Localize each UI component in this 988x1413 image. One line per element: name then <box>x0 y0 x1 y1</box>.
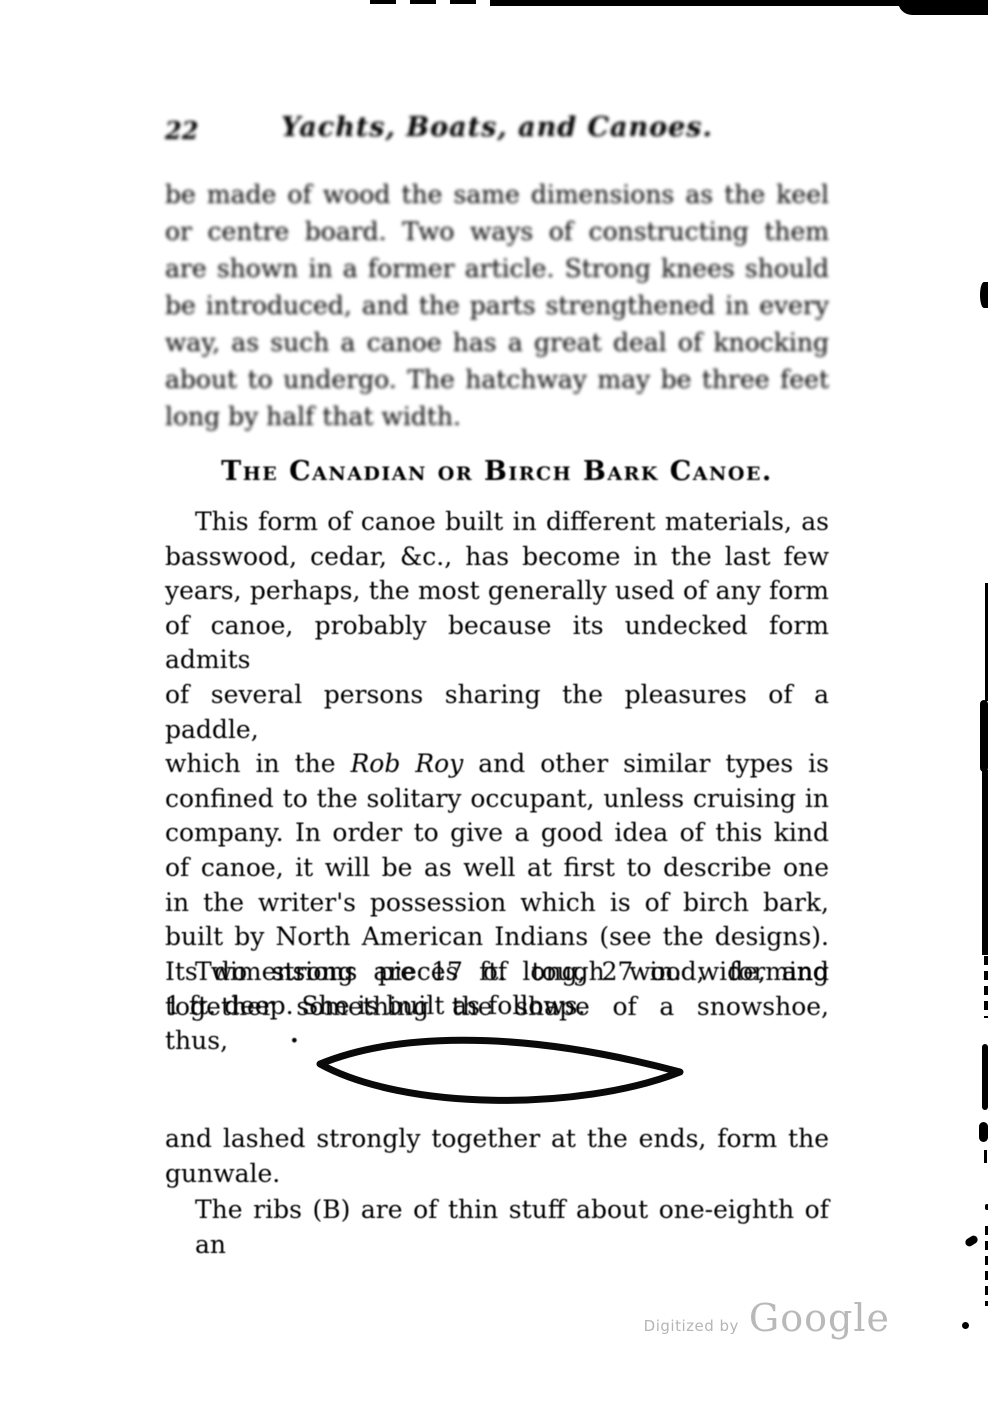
boat-name-italic: Rob Roy <box>350 749 463 778</box>
book-page-scan: 22 Yachts, Boats, and Canoes. be made of… <box>0 0 988 1413</box>
text-line: be introduced, and the parts strengthene… <box>165 287 829 324</box>
scan-artifact-dash <box>984 1150 987 1163</box>
text-line: Two strong pieces of tough wood, forming <box>165 955 829 990</box>
text-line: be made of wood the same dimensions as t… <box>165 176 829 213</box>
running-title: Yachts, Boats, and Canoes. <box>165 112 829 143</box>
text-line: confined to the solitary occupant, unles… <box>165 782 829 817</box>
text-line: long by half that width. <box>165 398 829 435</box>
text-line: in the writer's possession which is of b… <box>165 886 829 921</box>
text-line: or centre board. Two ways of constructin… <box>165 213 829 250</box>
section-heading: The Canadian or Birch Bark Canoe. <box>165 456 829 487</box>
text-line: The ribs (B) are of thin stuff about one… <box>165 1193 829 1262</box>
scan-artifact-top-dashes <box>370 0 492 4</box>
text-line: basswood, cedar, &c., has become in the … <box>165 540 829 575</box>
text-line: and lashed strongly together at the ends… <box>165 1122 829 1157</box>
text-line: way, as such a canoe has a great deal of… <box>165 324 829 361</box>
text-line-with-italic: which in the Rob Roy and other similar t… <box>165 747 829 782</box>
intro-paragraph: be made of wood the same dimensions as t… <box>165 176 829 435</box>
text-span: and other similar types is <box>463 749 829 778</box>
scan-artifact-top-strip <box>490 0 902 6</box>
text-line: company. In order to give a good idea of… <box>165 816 829 851</box>
page-header: 22 Yachts, Boats, and Canoes. <box>165 112 829 152</box>
text-span: thus, <box>165 1026 228 1055</box>
text-line: of canoe, it will be as well at first to… <box>165 851 829 886</box>
scan-artifact-dot <box>962 1322 969 1329</box>
scan-artifact-top-corner <box>898 0 988 15</box>
digitized-watermark: Digitized by Google <box>640 1296 890 1352</box>
digitized-by-label: Digitized by <box>644 1317 739 1335</box>
ribs-paragraph: The ribs (B) are of thin stuff about one… <box>165 1193 829 1262</box>
reference-dot: · <box>290 1024 299 1059</box>
text-line: This form of canoe built in different ma… <box>165 505 829 540</box>
scan-artifact-curve <box>980 282 988 308</box>
scan-artifact-dashes <box>984 956 988 1018</box>
canoe-gunwale-illustration <box>308 1028 692 1116</box>
text-line: gunwale. <box>165 1157 829 1192</box>
text-line: of several persons sharing the pleasures… <box>165 678 829 747</box>
text-line: about to undergo. The hatchway may be th… <box>165 361 829 398</box>
text-line: together something the shape of a snowsh… <box>165 990 829 1025</box>
text-line: are shown in a former article. Strong kn… <box>165 250 829 287</box>
main-paragraph: This form of canoe built in different ma… <box>165 505 829 1024</box>
text-line: built by North American Indians (see the… <box>165 920 829 955</box>
scan-artifact-mark <box>982 1044 988 1110</box>
text-span: which in the <box>165 749 350 778</box>
scan-artifact-line <box>982 770 988 955</box>
text-line: of canoe, probably because its undecked … <box>165 609 829 678</box>
scan-artifact-blob <box>964 1234 979 1248</box>
gunwale-paragraph: and lashed strongly together at the ends… <box>165 1122 829 1191</box>
scan-artifact-blob <box>980 700 988 772</box>
text-line: years, perhaps, the most generally used … <box>165 574 829 609</box>
google-logo: Google <box>749 1296 890 1340</box>
scan-artifact-blob <box>979 1122 988 1142</box>
